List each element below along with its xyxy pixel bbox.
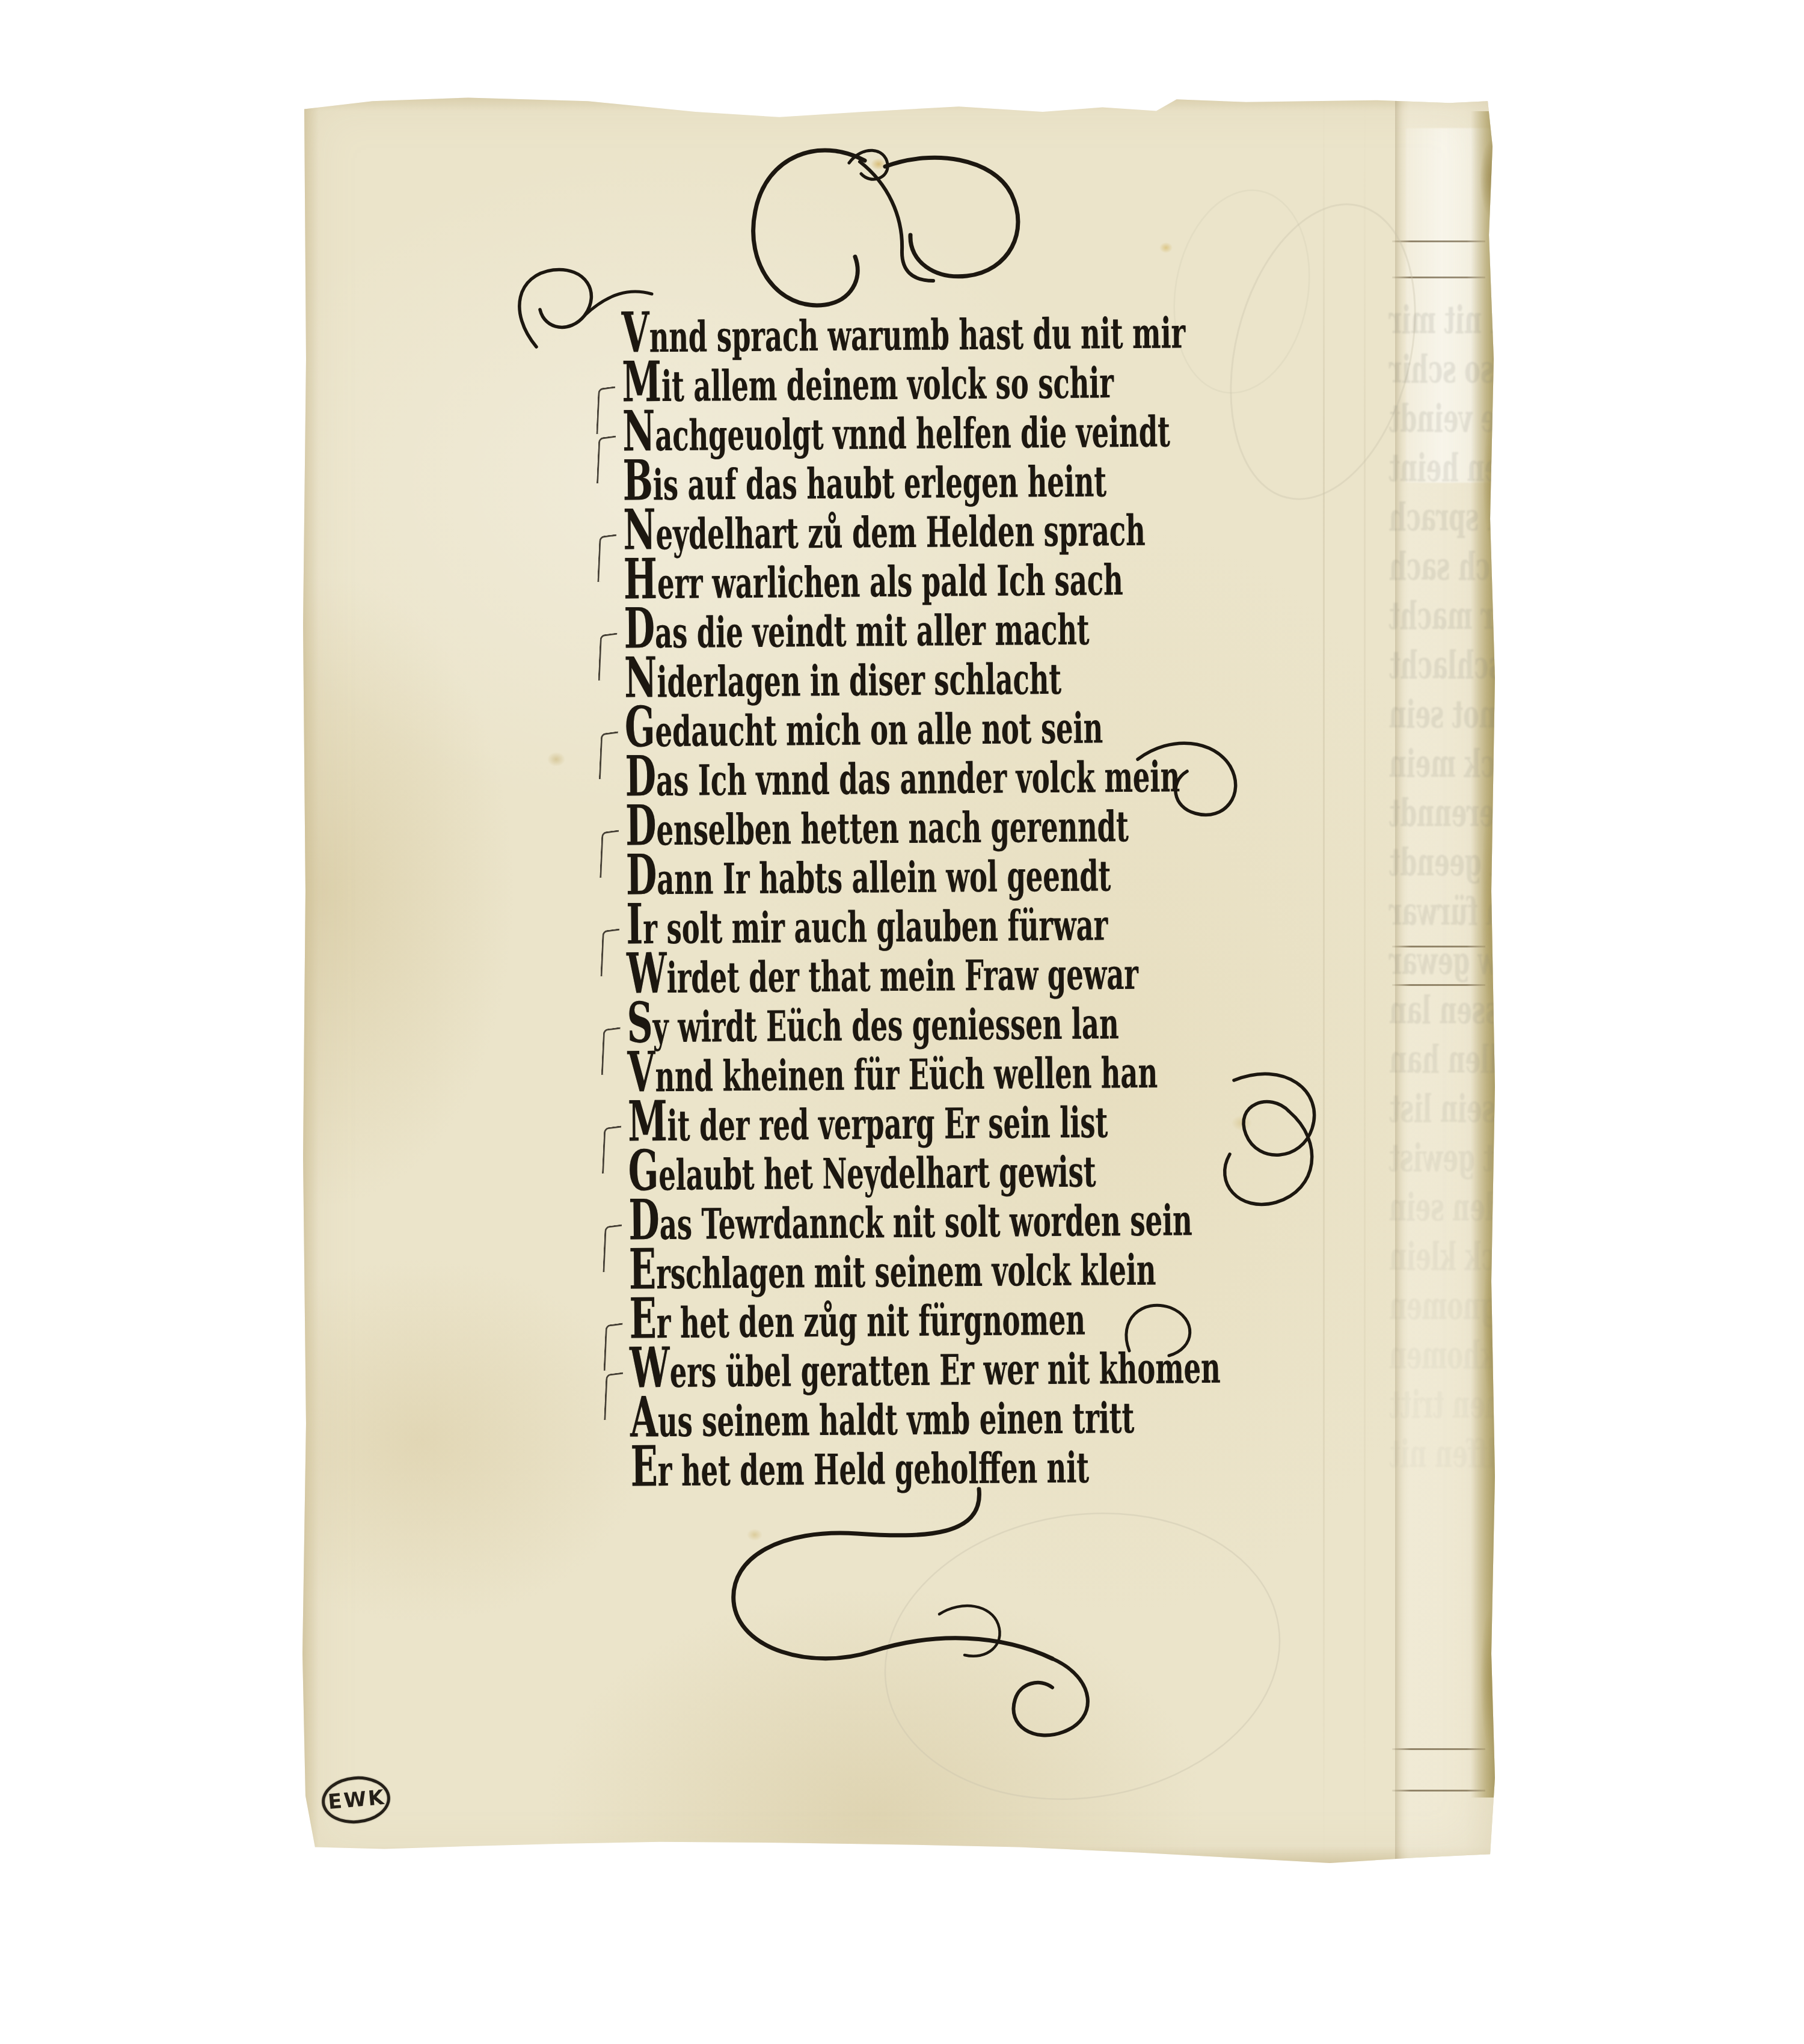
couplet-hook xyxy=(602,1125,621,1173)
couplet-hook xyxy=(597,435,616,483)
verse-line: Er het dem Held geholffen nit xyxy=(630,1430,1089,1500)
photo-backdrop: Vnnd sprach warumb hast du nit mirMit al… xyxy=(0,0,1804,2044)
couplet-hook xyxy=(603,1224,622,1272)
couplet-hook xyxy=(600,830,619,878)
couplet-hook xyxy=(599,731,618,779)
couplet-hook xyxy=(600,928,619,976)
couplet-hook xyxy=(604,1323,623,1371)
couplet-hook xyxy=(596,386,615,434)
couplet-hook xyxy=(598,632,618,681)
couplet-hook xyxy=(604,1372,623,1420)
couplet-hook xyxy=(601,1027,621,1075)
manuscript-page: Vnnd sprach warumb hast du nit mirMit al… xyxy=(301,93,1497,1867)
verse-text-block: Vnnd sprach warumb hast du nit mirMit al… xyxy=(295,88,1506,1871)
collection-stamp-label: EWK xyxy=(325,1785,387,1814)
couplet-hook xyxy=(597,534,616,582)
